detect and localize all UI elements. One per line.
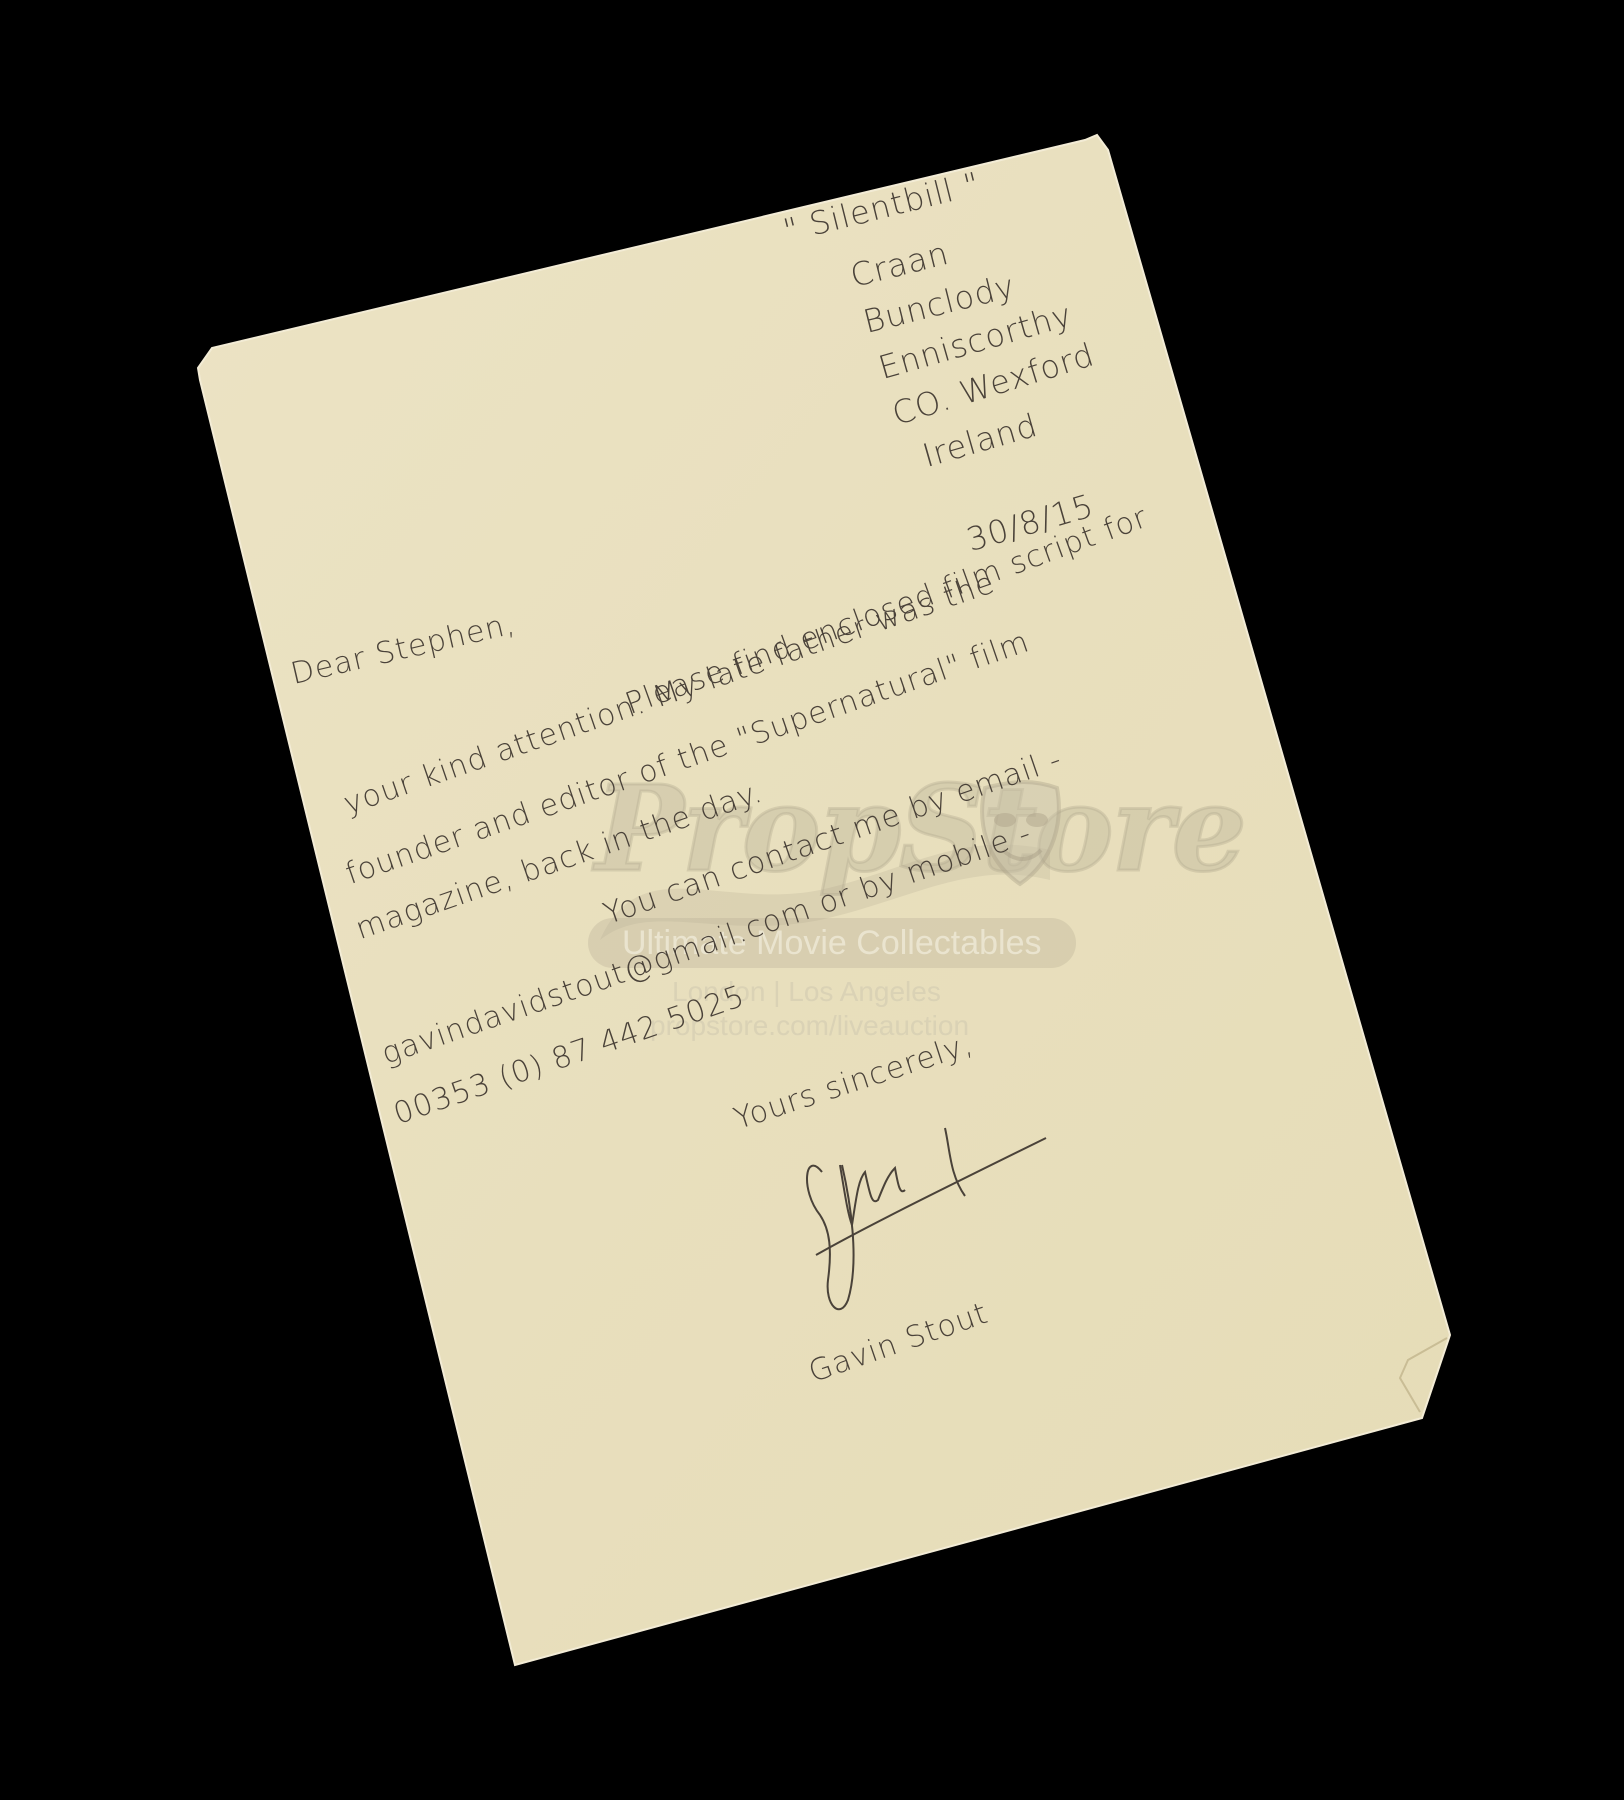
photo-scene: PropStore Ultimate Movie Collectables Lo… — [0, 0, 1624, 1800]
